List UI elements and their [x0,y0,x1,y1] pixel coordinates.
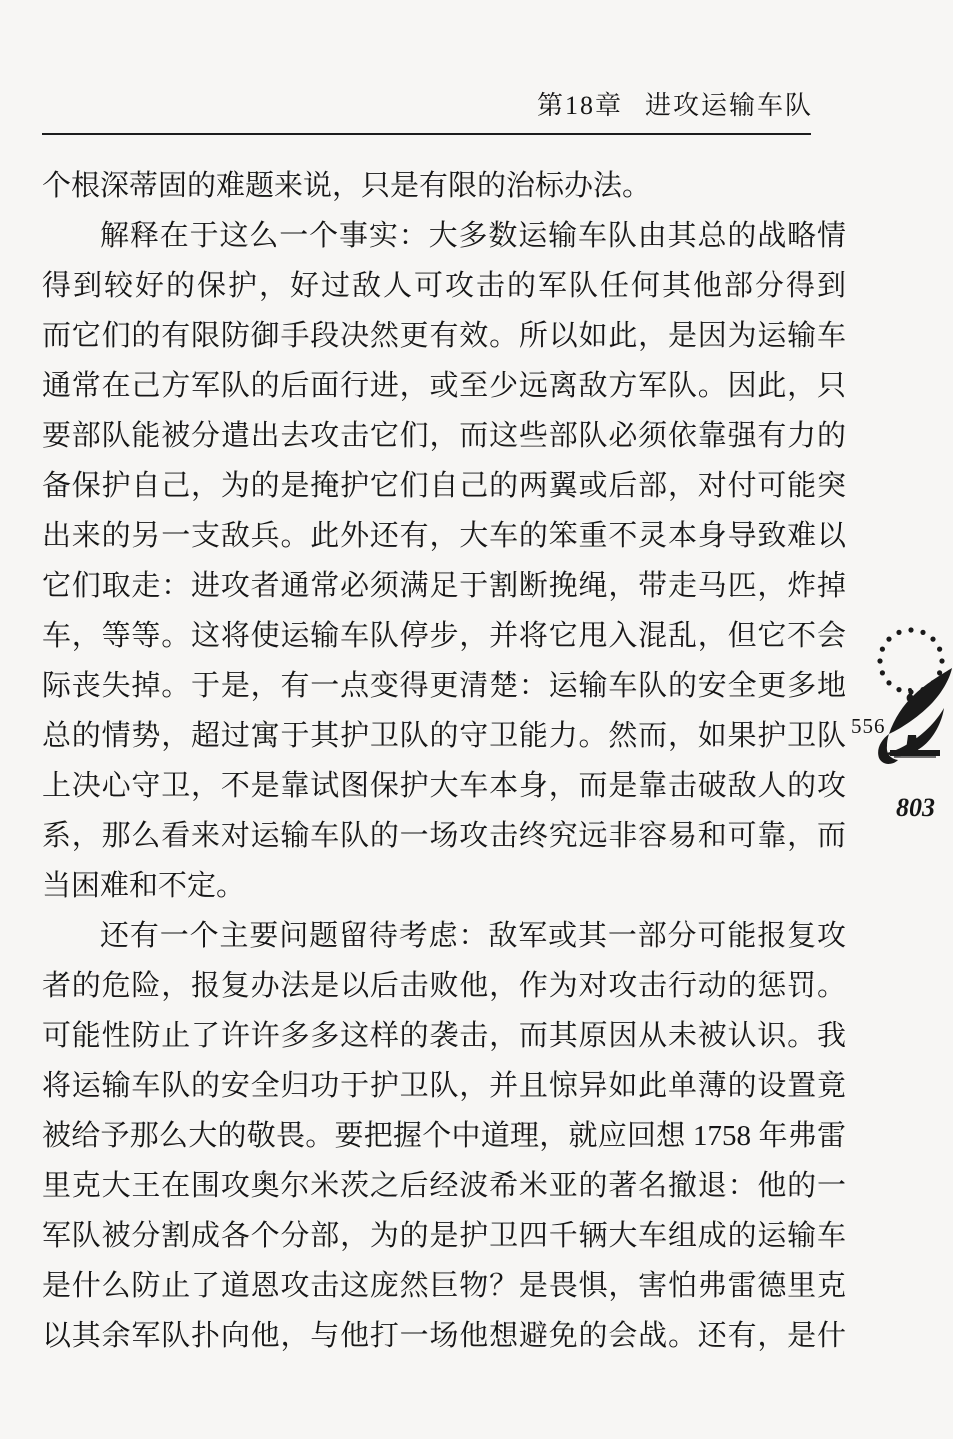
body-line: 解释在于这么一个事实：大多数运输车队由其总的战略情势 [42,211,846,261]
body-line: 以其余军队扑向他，与他打一场他想避免的会战。还有，是什么防 [42,1311,846,1361]
quill-leaf-ornament-icon [872,618,953,768]
body-line: 备保护自己，为的是掩护它们自己的两翼或后部，对付可能突然冒 [42,461,846,511]
body-line: 是什么防止了道恩攻击这庞然巨物？是畏惧，害怕弗雷德里克将 [42,1261,846,1311]
body-line: 当困难和不定。 [42,861,846,911]
body-line: 上决心守卫，不是靠试图保护大车本身，而是靠击破敌人的攻击体 [42,761,846,811]
body-line: 际丧失掉。于是，有一点变得更清楚：运输车队的安全更多地寓于 [42,661,846,711]
body-line: 里克大王在围攻奥尔米茨之后经波希米亚的著名撤退：他的一半 [42,1161,846,1211]
running-head: 第18章进攻运输车队 [42,90,813,122]
body-line: 要部队能被分遣出去攻击它们，而这些部队必须依靠强有力的后 [42,411,846,461]
body-line: 被给予那么大的敬畏。要把握个中道理，就应回想 1758 年弗雷德 [42,1111,846,1161]
chapter-title: 进攻运输车队 [645,91,813,120]
margin-number: 556 [851,712,886,740]
body-line: 者的危险，报复办法是以后击败他，作为对攻击行动的惩罚。这一 [42,961,846,1011]
chapter-number: 第18章 [537,91,623,120]
body-text: 个根深蒂固的难题来说，只是有限的治标办法。 解释在于这么一个事实：大多数运输车队… [42,161,846,1361]
body-line: 而它们的有限防御手段决然更有效。所以如此，是因为运输车队 [42,311,846,361]
body-line: 将运输车队的安全归功于护卫队，并且惊异如此单薄的设置竟会 [42,1061,846,1111]
body-line: 总的情势，超过寓于其护卫队的守卫能力。然而，如果护卫队实际 [42,711,846,761]
body-line: 车，等等。这将使运输车队停步，并将它甩入混乱，但它不会被实 [42,611,846,661]
body-line: 出来的另一支敌兵。此外还有，大车的笨重不灵本身导致难以将 [42,511,846,561]
page-number: 803 [896,792,935,824]
body-line: 军队被分割成各个分部，为的是护卫四千辆大车组成的运输车队。 [42,1211,846,1261]
body-line: 它们取走：进攻者通常必须满足于割断挽绳，带走马匹，炸掉弹药 [42,561,846,611]
book-page: 第18章进攻运输车队 个根深蒂固的难题来说，只是有限的治标办法。 解释在于这么一… [0,0,953,1439]
body-line: 系，那么看来对运输车队的一场攻击终究远非容易和可靠，而是相 [42,811,846,861]
body-line: 个根深蒂固的难题来说，只是有限的治标办法。 [42,161,846,211]
body-line: 得到较好的保护，好过敌人可攻击的军队任何其他部分得到的，因 [42,261,846,311]
body-line: 还有一个主要问题留待考虑：敌军或其一部分可能报复攻击 [42,911,846,961]
body-line: 可能性防止了许许多多这样的袭击，而其原因从未被认识。我们 [42,1011,846,1061]
body-line: 通常在己方军队的后面行进，或至少远离敌方军队。因此，只有次 [42,361,846,411]
header-rule [42,133,811,135]
